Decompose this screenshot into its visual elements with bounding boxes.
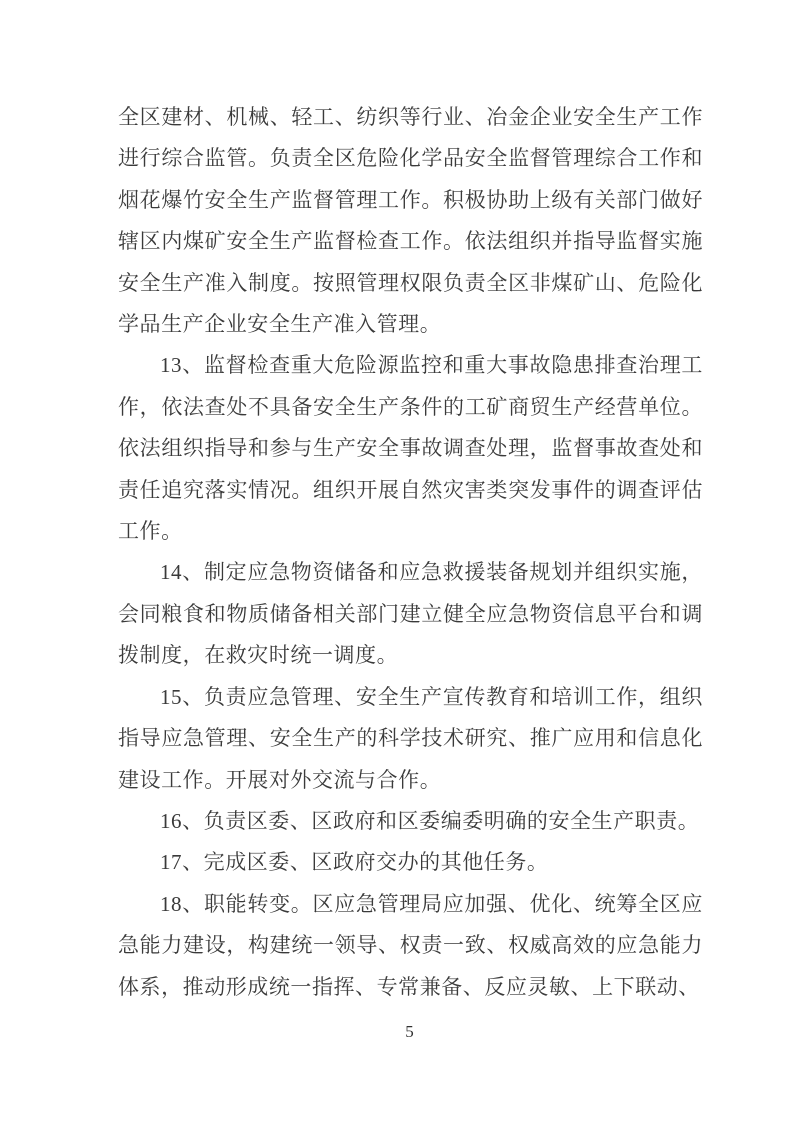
paragraph: 全区建材、机械、轻工、纺织等行业、冶金企业安全生产工作进行综合监管。负责全区危险… bbox=[118, 97, 703, 345]
document-body: 全区建材、机械、轻工、纺织等行业、冶金企业安全生产工作进行综合监管。负责全区危险… bbox=[118, 97, 703, 1008]
paragraph: 16、负责区委、区政府和区委编委明确的安全生产职责。 bbox=[118, 801, 703, 842]
page-number: 5 bbox=[0, 1022, 793, 1042]
paragraph: 18、职能转变。区应急管理局应加强、优化、统筹全区应急能力建设，构建统一领导、权… bbox=[118, 884, 703, 1008]
paragraph: 13、监督检查重大危险源监控和重大事故隐患排查治理工作，依法查处不具备安全生产条… bbox=[118, 345, 703, 552]
paragraph: 17、完成区委、区政府交办的其他任务。 bbox=[118, 842, 703, 883]
paragraph: 15、负责应急管理、安全生产宣传教育和培训工作，组织指导应急管理、安全生产的科学… bbox=[118, 677, 703, 801]
document-page: 全区建材、机械、轻工、纺织等行业、冶金企业安全生产工作进行综合监管。负责全区危险… bbox=[0, 0, 793, 1122]
paragraph: 14、制定应急物资储备和应急救援装备规划并组织实施，会同粮食和物质储备相关部门建… bbox=[118, 552, 703, 676]
